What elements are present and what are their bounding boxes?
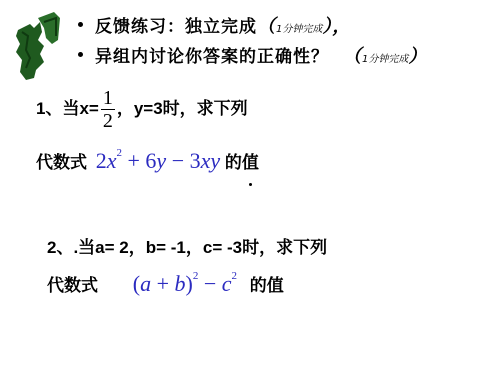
bullet-dot-icon <box>78 52 83 57</box>
paren-close: ） <box>408 46 427 67</box>
bullet-note: 1分钟完成 <box>276 24 322 35</box>
paren-open: （ <box>257 16 276 37</box>
fraction-denominator: 2 <box>101 111 115 131</box>
question-2-line-1: 2、.当a= 2，b= -1，c= -3时，求下列 <box>47 233 327 258</box>
bullet-item-2: 异组内讨论你答案的正确性？（1分钟完成） <box>78 42 427 68</box>
q2-expression: (a + b)2 − c2 <box>133 271 237 296</box>
q1-tail: 的值 <box>225 153 259 172</box>
q2-label: 代数式 <box>47 276 98 295</box>
bullet-text: 异组内讨论你答案的正确性？ <box>95 47 329 67</box>
paren-open: （ <box>343 46 362 67</box>
stray-dot <box>249 183 252 186</box>
q1-prefix: 1、当x= <box>36 99 99 118</box>
fraction-one-half: 12 <box>101 88 115 131</box>
bullet-note: 1分钟完成 <box>362 54 408 65</box>
question-1-line-2: 代数式 2x2 + 6y − 3xy 的值 <box>36 148 259 174</box>
puzzle-logo-icon <box>14 10 60 80</box>
bullet-dot-icon <box>78 22 83 27</box>
q1-suffix: ，y=3时，求下列 <box>117 99 248 118</box>
question-1-line-1: 1、当x=12，y=3时，求下列 <box>36 88 248 131</box>
q1-expression: 2x2 + 6y − 3xy <box>96 148 220 173</box>
q2-tail: 的值 <box>250 276 284 295</box>
q1-label: 代数式 <box>36 153 87 172</box>
fraction-numerator: 1 <box>101 88 115 108</box>
paren-close: ）， <box>322 16 351 37</box>
q2-line1: 2、.当a= 2，b= -1，c= -3时，求下列 <box>47 238 327 257</box>
bullet-text: 反馈练习：独立完成 <box>95 17 257 37</box>
question-2-line-2: 代数式 (a + b)2 − c2 的值 <box>47 271 284 297</box>
bullet-item-1: 反馈练习：独立完成（1分钟完成）， <box>78 12 351 38</box>
